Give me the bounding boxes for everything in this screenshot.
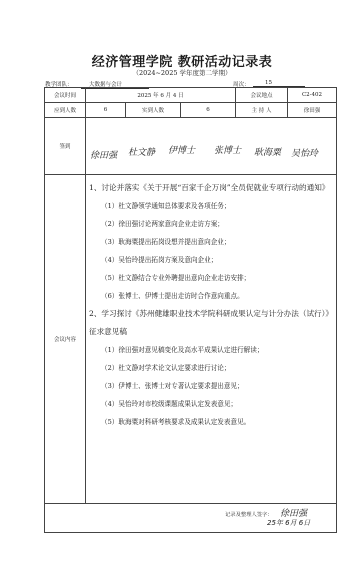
row-signin: 签到 徐田强 杜文静 伊博士 张博士 耿海粟 吴怡玲 [45, 118, 337, 175]
agenda-subitem: （4）吴怡玲提出拓岗方案及意向企业； [89, 251, 333, 269]
expected-label: 应到人数 [45, 103, 86, 118]
content-label: 会议内容 [45, 175, 86, 504]
actual-value: 6 [181, 103, 236, 118]
expected-value: 6 [86, 103, 126, 118]
row-attendance: 应到人数 6 实到人数 6 主 持 人 徐田强 [45, 103, 337, 118]
signature: 吴怡玲 [291, 146, 318, 159]
agenda-subitem: （4）吴怡玲对市校级课题成果认定发表意见； [89, 395, 333, 413]
meeting-place-value: C2-402 [288, 88, 337, 103]
row-meeting-time: 会议时间 2025 年 6 月 4 日 会议地点 C2-402 [45, 88, 337, 103]
signature: 徐田强 [90, 148, 117, 161]
row-recorder: 记录及整理人签字： 徐田强 25年 6月 6日 [45, 504, 337, 533]
recorder-date: 25年 6月 6日 [267, 518, 310, 528]
agenda-item: 1、讨论并落实《关于开展“百家千企万岗”全员促就业专项行动的通知》 [89, 179, 333, 197]
agenda-subitem: （1）杜文静领学通知总体要求及各项任务； [89, 197, 333, 215]
host-label: 主 持 人 [236, 103, 288, 118]
signature: 伊博士 [168, 143, 195, 156]
meeting-time-label: 会议时间 [45, 88, 86, 103]
semester-subtitle: （2024~2025 学年度第二学期） [0, 68, 364, 77]
agenda-item: 2、学习探讨《苏州健雄职业技术学院科研成果认定与计分办法（试行）》征求意见稿 [89, 305, 333, 341]
recorder-cell: 记录及整理人签字： 徐田强 25年 6月 6日 [45, 504, 337, 533]
signin-label: 签到 [45, 118, 86, 175]
record-table: 会议时间 2025 年 6 月 4 日 会议地点 C2-402 应到人数 6 实… [44, 87, 337, 533]
signature: 张博士 [214, 143, 241, 156]
meeting-content: 1、讨论并落实《关于开展“百家千企万岗”全员促就业专项行动的通知》 （1）杜文静… [86, 175, 337, 504]
week-value: 15 [253, 80, 305, 87]
signin-area: 徐田强 杜文静 伊博士 张博士 耿海粟 吴怡玲 [86, 118, 337, 175]
agenda-subitem: （3）伊博士、张博士对专著认定要求提出意见； [89, 377, 333, 395]
agenda-subitem: （2）杜文静对学术论文认定要求进行讨论； [89, 359, 333, 377]
signature: 耿海粟 [254, 145, 281, 158]
agenda-subitem: （1）徐田强对意见稿变化及高水平成果认定进行解读； [89, 341, 333, 359]
host-value: 徐田强 [288, 103, 337, 118]
meeting-time-value: 2025 年 6 月 4 日 [86, 88, 236, 103]
agenda-subitem: （2）徐田强讨论两家意向企业走访方案； [89, 215, 333, 233]
agenda-subitem: （5）杜文静结合专业外聘提出意向企业走访安排； [89, 269, 333, 287]
signature: 杜文静 [128, 145, 155, 158]
row-content: 会议内容 1、讨论并落实《关于开展“百家千企万岗”全员促就业专项行动的通知》 （… [45, 175, 337, 504]
agenda-subitem: （3）耿海粟提出拓岗设想并提出意向企业； [89, 233, 333, 251]
meeting-place-label: 会议地点 [236, 88, 288, 103]
actual-label: 实到人数 [126, 103, 181, 118]
agenda-subitem: （6）张博士、伊博士提出走访时合作意向重点。 [89, 287, 333, 305]
agenda-subitem: （5）耿海粟对科研考核要求及成果认定发表意见。 [89, 413, 333, 431]
recorder-label: 记录及整理人签字： [225, 510, 273, 518]
